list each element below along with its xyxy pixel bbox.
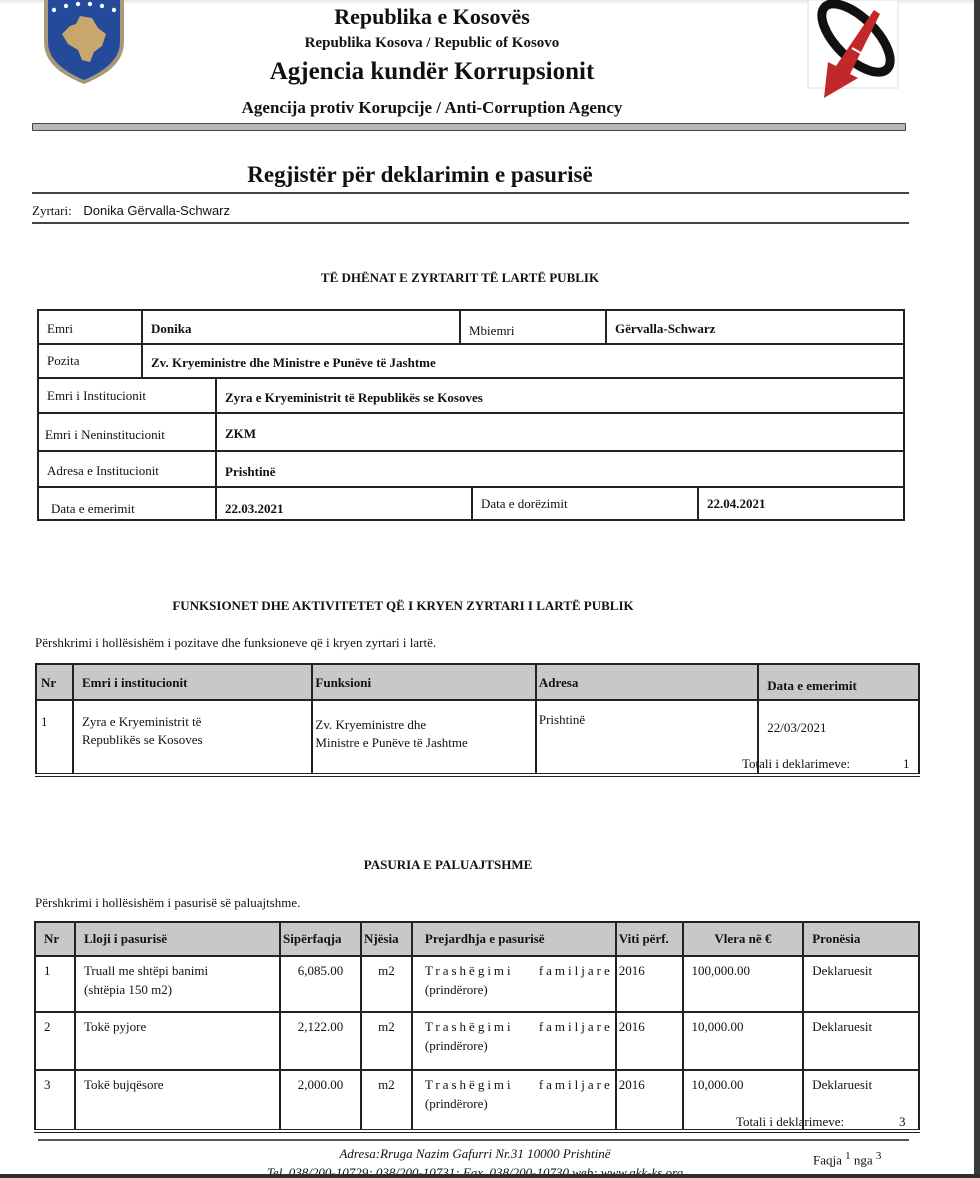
institution-line-2: Republikës se Kosoves [82,731,303,749]
page-sep: nga [854,1152,873,1167]
viewer-bottom-edge [0,1174,980,1178]
col-origin: Prejardhja e pasurisë [412,922,616,956]
row-address: Adresa e Institucionit Prishtinë [39,452,903,488]
cell-origin: Trashëgimifamiljare(prindërore) [412,956,616,1012]
col-year: Viti përf. [616,922,683,956]
cell-year: 2016 [616,1070,683,1131]
document-title: Regjistër për deklarimin e pasurisë [0,162,840,188]
label-institucioni: Emri i Institucionit [39,379,215,412]
row-name: Emri Donika Mbiemri Gërvalla-Schwarz [39,311,903,345]
col-address: Adresa [536,664,758,700]
type-line-1: Tokë pyjore [84,1017,271,1036]
label-pozita: Pozita [39,345,141,377]
cell-nr: 3 [35,1070,75,1131]
origin-word-1: Trashëgimi [425,1017,514,1036]
functions-total-value: 1 [903,756,910,772]
col-type: Lloji i pasurisë [75,922,280,956]
official-name: Donika Gërvalla-Schwarz [83,203,230,218]
cell-year: 2016 [616,1012,683,1070]
cell-nr: 2 [35,1012,75,1070]
cell-type: Tokë bujqësore [75,1070,280,1131]
page-label: Faqja [813,1152,842,1167]
value-mbiemri: Gërvalla-Schwarz [605,311,905,343]
cell-origin: Trashëgimifamiljare(prindërore) [412,1070,616,1131]
cell-value: 100,000.00 [683,956,804,1012]
cell-year: 2016 [616,956,683,1012]
type-line-2: (shtëpia 150 m2) [84,980,271,999]
cell-type: Truall me shtëpi banimi(shtëpia 150 m2) [75,956,280,1012]
cell-nr: 1 [35,956,75,1012]
row-institution: Emri i Institucionit Zyra e Kryeministri… [39,379,903,414]
origin-word-1: Trashëgimi [425,961,514,980]
cell-ownership: Deklaruesit [803,1012,919,1070]
page-total: 3 [876,1150,882,1162]
section-title-immovable-property: PASURIA E PALUAJTSHME [0,857,896,873]
institution-line-1: Zyra e Kryeministrit të [82,713,303,731]
page-current: 1 [845,1150,851,1162]
col-area: Sipërfaqja [280,922,361,956]
cell-unit: m2 [361,1070,412,1131]
type-line-1: Tokë bujqësore [84,1075,271,1094]
origin-line-2: (prindërore) [425,980,613,999]
title-rule [32,192,909,194]
official-rule [32,222,909,224]
cell-nr: 1 [36,700,73,775]
official-data-table: Emri Donika Mbiemri Gërvalla-Schwarz Poz… [37,309,905,521]
cell-ownership: Deklaruesit [803,956,919,1012]
value-pozita: Zv. Kryeministre dhe Ministre e Punëve t… [141,345,905,377]
functions-description: Përshkrimi i hollësishëm i pozitave dhe … [35,635,436,651]
function-line-2: Ministre e Punëve të Jashtme [315,734,526,752]
cell-institution: Zyra e Kryeministrit të Republikës se Ko… [73,700,312,775]
table-row: 1Truall me shtëpi banimi(shtëpia 150 m2)… [35,956,919,1012]
header-republic-sq: Republika e Kosovës [0,4,864,30]
cell-origin: Trashëgimifamiljare(prindërore) [412,1012,616,1070]
function-line-1: Zv. Kryeministre dhe [315,716,526,734]
functions-total-label: Totali i deklarimeve: [742,756,850,772]
immovable-property-table: Nr Lloji i pasurisë Sipërfaqja Njësia Pr… [34,921,920,1133]
row-position: Pozita Zv. Kryeministre dhe Ministre e P… [39,345,903,379]
value-data-emerimit: 22.03.2021 [215,488,471,519]
property-header-row: Nr Lloji i pasurisë Sipërfaqja Njësia Pr… [35,922,919,956]
col-nr: Nr [35,922,75,956]
col-nr: Nr [36,664,73,700]
origin-line-2: (prindërore) [425,1036,613,1055]
col-ownership: Pronësia [803,922,919,956]
origin-word-2: familjare [539,961,613,980]
property-total-value: 3 [899,1114,906,1130]
viewer-scrollbar[interactable] [974,0,980,1178]
origin-word-2: familjare [539,1075,613,1094]
official-label: Zyrtari: [32,203,72,218]
footer-address: Adresa:Rruga Nazim Gafurri Nr.31 10000 P… [0,1146,950,1162]
value-data-dorezimit: 22.04.2021 [697,488,905,519]
label-adresa: Adresa e Institucionit [39,452,215,486]
value-neninstitucioni: ZKM [215,414,905,450]
header-republic-sr-en: Republika Kosova / Republic of Kosovo [0,35,864,52]
value-institucioni: Zyra e Kryeministrit të Republikës se Ko… [215,379,905,412]
cell-area: 2,000.00 [280,1070,361,1131]
property-description: Përshkrimi i hollësishëm i pasurisë së p… [35,895,300,911]
label-data-dorezimit: Data e dorëzimit [471,488,697,519]
page-indicator: Faqja 1 nga 3 [813,1150,881,1168]
cell-type: Tokë pyjore [75,1012,280,1070]
col-date: Data e emerimit [758,664,919,700]
value-emri: Donika [141,311,467,343]
official-line: Zyrtari: Donika Gërvalla-Schwarz [32,203,230,219]
cell-area: 2,122.00 [280,1012,361,1070]
origin-word-1: Trashëgimi [425,1075,514,1094]
section-title-functions: FUNKSIONET DHE AKTIVITETET QË I KRYEN ZY… [0,598,806,614]
header-agency-sr-en: Agencija protiv Korupcije / Anti-Corrupt… [0,98,864,118]
col-value: Vlera në € [683,922,804,956]
origin-word-2: familjare [539,1017,613,1036]
label-emri: Emri [39,311,141,343]
cell-area: 6,085.00 [280,956,361,1012]
label-neninstitucioni: Emri i Neninstitucionit [39,414,215,450]
header-agency-sq: Agjencia kundër Korrupsionit [0,58,864,86]
value-adresa: Prishtinë [215,452,905,486]
cell-unit: m2 [361,956,412,1012]
row-subinstitution: Emri i Neninstitucionit ZKM [39,414,903,452]
label-data-emerimit: Data e emerimit [39,488,215,519]
row-dates: Data e emerimit 22.03.2021 Data e dorëzi… [39,488,903,519]
origin-line-2: (prindërore) [425,1094,613,1113]
col-unit: Njësia [361,922,412,956]
col-institution: Emri i institucionit [73,664,312,700]
section-title-official-data: TË DHËNAT E ZYRTARIT TË LARTË PUBLIK [0,270,920,286]
footer-rule [38,1139,909,1141]
table-row: 2Tokë pyjore2,122.00m2Trashëgimifamiljar… [35,1012,919,1070]
col-function: Funksioni [312,664,535,700]
cell-function: Zv. Kryeministre dhe Ministre e Punëve t… [312,700,535,775]
cell-address: Prishtinë [536,700,758,775]
functions-header-row: Nr Emri i institucionit Funksioni Adresa… [36,664,919,700]
cell-unit: m2 [361,1012,412,1070]
label-mbiemri: Mbiemri [459,311,605,343]
type-line-1: Truall me shtëpi banimi [84,961,271,980]
cell-value: 10,000.00 [683,1012,804,1070]
header-divider [32,123,906,131]
property-total-label: Totali i deklarimeve: [736,1114,844,1130]
